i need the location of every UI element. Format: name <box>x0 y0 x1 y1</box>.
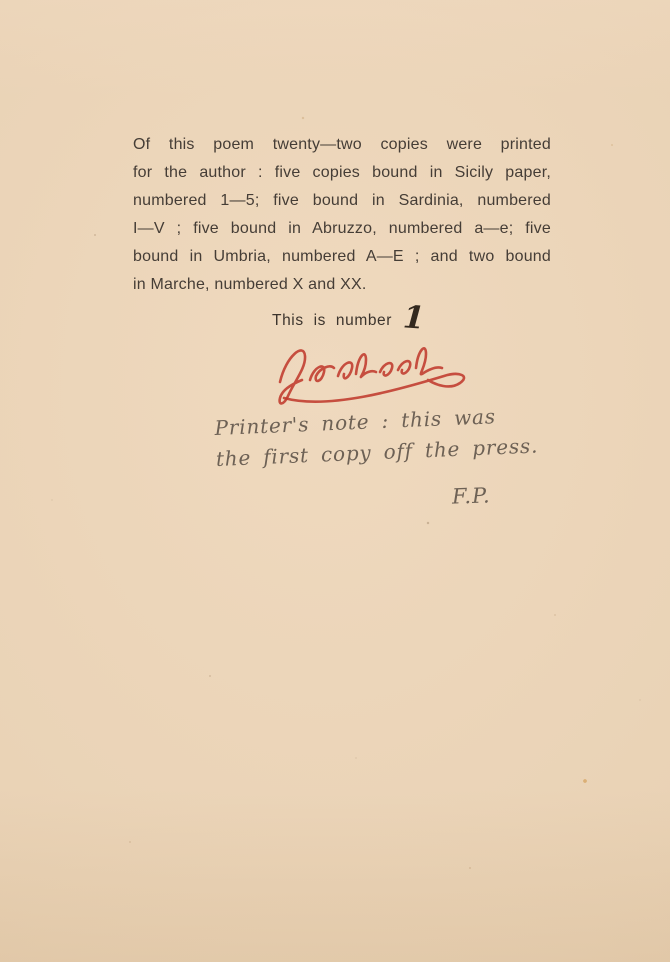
colophon-line: for the author : five copies bound in Si… <box>133 159 551 187</box>
printers-note: Printer's note : this was the first copy… <box>214 399 539 474</box>
limitation-statement: This is number <box>272 312 392 330</box>
book-page: Of this poem twenty—two copies were prin… <box>0 0 670 962</box>
printers-note-initials: F.P. <box>452 483 491 508</box>
colophon-line: in Marche, numbered X and XX. <box>133 271 551 299</box>
colophon-line: Of this poem twenty—two copies were prin… <box>133 131 551 159</box>
colophon-line: numbered 1—5; five bound in Sardinia, nu… <box>133 187 551 215</box>
colophon-line: I—V ; five bound in Abruzzo, numbered a—… <box>133 215 551 243</box>
edition-number-handwritten: 1 <box>402 299 426 336</box>
colophon-text: Of this poem twenty—two copies were prin… <box>133 131 551 299</box>
author-signature-red-ink <box>258 338 484 412</box>
colophon-line: bound in Umbria, numbered A—E ; and two … <box>133 243 551 271</box>
